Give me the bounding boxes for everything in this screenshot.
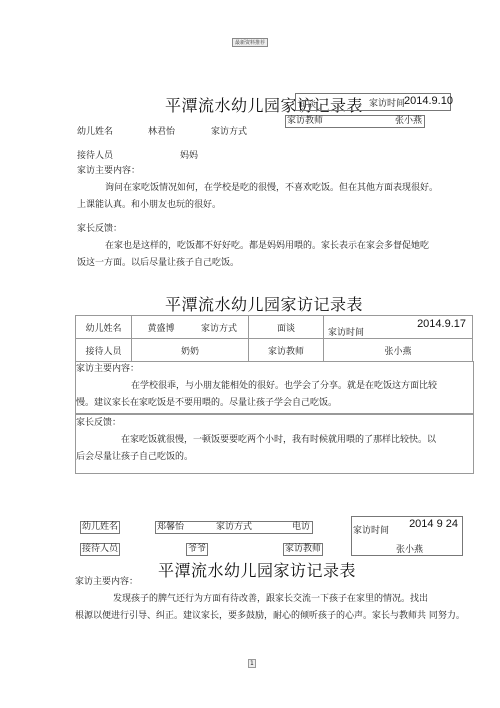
visit-time-value: 2014.9.17 [417,318,466,330]
receiver-label: 接待人员 [77,148,113,161]
child-name-label: 幼儿姓名 [80,521,120,534]
content-box: 家访主要内容： 在学校很乖，与小朋友能相处的很好。也学会了分享。就是在吃饭这方面… [75,361,474,414]
child-name-value: 林君怡 [148,124,175,137]
content-line: 询问在家吃饭情况如何，在学校是吃的很慢，不喜欢吃饭。但在其他方面表现很好。 [77,180,438,197]
content-line: 在学校很乖，与小朋友能相处的很好。也学会了分享。就是在吃饭这方面比较 [76,378,437,395]
visit-time-label: 家访时间 [328,328,364,338]
feedback-line: 在家也是这样的，吃饭都不好好吃。都是妈妈用喂的。家长表示在家会多督促她吃 [77,238,429,255]
child-name-label: 幼儿姓名 [77,124,113,137]
content-line: 发现孩子的脾气还行为方面有待改善，跟家长交流一下孩子在家里的情况。找出 [75,591,465,608]
teacher-label: 家访教师 [283,543,323,556]
teacher-box: 家访教师 张小燕 [285,115,425,128]
content-section: 家访主要内容： 发现孩子的脾气还行为方面有待改善，跟家长交流一下孩子在家里的情况… [75,574,465,625]
record-title: 平潭流水幼儿园家访记录表 [165,292,363,315]
teacher-label: 家访教师 [249,339,324,362]
teacher-value: 张小燕 [324,339,473,362]
visit-method-value: 面谈 [298,100,316,111]
feedback-line: 在家吃饭就很慢，一顿饭要要吃两个小时，我有时候就用喂的了那样比较快。以 [76,432,436,449]
receiver-label: 接待人员 [76,339,132,362]
visit-time-box: 面谈 家访时间 2014.9.10 [295,93,451,111]
child-name-value: 黄盛博 [132,316,191,339]
content-section: 家访主要内容： 在学校很乖，与小朋友能相处的很好。也学会了分享。就是在吃饭这方面… [76,361,437,412]
feedback-label: 家长反馈： [77,221,429,238]
visit-method-value: 电访 [292,522,310,533]
receiver-value: 奶奶 [132,339,249,362]
visit-method-label: 家访方式 [190,316,249,339]
table-row: 幼儿姓名 黄盛博 家访方式 面谈 家访时间 2014.9.17 [76,316,473,339]
visit-time-label: 家访时间 [369,99,405,110]
content-label: 家访主要内容： [76,361,437,378]
content-section: 家访主要内容： 询问在家吃饭情况如何，在学校是吃的很慢，不喜欢吃饭。但在其他方面… [77,163,438,214]
visit-time-box: 家访时间 2014 9 24 张小燕 [351,516,463,556]
receiver-label: 接待人员 [80,543,120,556]
content-line: 慢。建议家长在家吃饭是不要用喂的。尽量让孩子学会自己吃饭。 [76,395,437,412]
receiver-value: 爷爷 [186,543,208,556]
feedback-section: 家长反馈： 在家吃饭就很慢，一顿饭要要吃两个小时，我有时候就用喂的了那样比较快。… [76,415,436,466]
content-label: 家访主要内容： [75,574,465,591]
content-line: 上课能认真。和小朋友也玩的很好。 [77,197,438,214]
feedback-label: 家长反馈： [76,415,436,432]
visit-method-value: 面谈 [249,316,324,339]
header-badge: 最新资料推荐 [232,38,268,47]
visit-time-value: 2014.9.10 [404,95,453,108]
child-info-box: 郑馨怡 家访方式 电访 [155,521,313,534]
feedback-line: 后会尽量让孩子自己吃饭的。 [76,449,436,466]
child-name-value: 郑馨怡 [157,522,184,533]
content-label: 家访主要内容： [77,163,438,180]
page-number: 1 [248,659,256,668]
feedback-section: 家长反馈： 在家也是这样的，吃饭都不好好吃。都是妈妈用喂的。家长表示在家会多督促… [77,221,429,272]
teacher-label: 家访教师 [287,116,323,127]
table-row: 接待人员 奶奶 家访教师 张小燕 [76,339,473,362]
visit-time-cell: 家访时间 2014.9.17 [324,316,473,339]
visit-method-label: 家访方式 [216,522,252,533]
visit-time-value: 2014 9 24 [409,518,458,530]
teacher-value: 张小燕 [396,542,423,555]
feedback-box: 家长反馈： 在家吃饭就很慢，一顿饭要要吃两个小时，我有时候就用喂的了那样比较快。… [75,414,474,474]
content-line: 根源以便进行引导、纠正。建议家长，要多鼓励，耐心的倾听孩子的心声。家长与教师共 … [75,608,465,625]
feedback-line: 饭这一方面。以后尽量让孩子自己吃饭。 [77,255,429,272]
child-name-label: 幼儿姓名 [76,316,132,339]
receiver-value: 妈妈 [180,148,198,161]
visit-method-label: 家访方式 [211,124,247,137]
visit-time-label: 家访时间 [353,523,389,536]
record-table: 幼儿姓名 黄盛博 家访方式 面谈 家访时间 2014.9.17 接待人员 奶奶 … [75,315,473,362]
teacher-value: 张小燕 [395,116,422,127]
